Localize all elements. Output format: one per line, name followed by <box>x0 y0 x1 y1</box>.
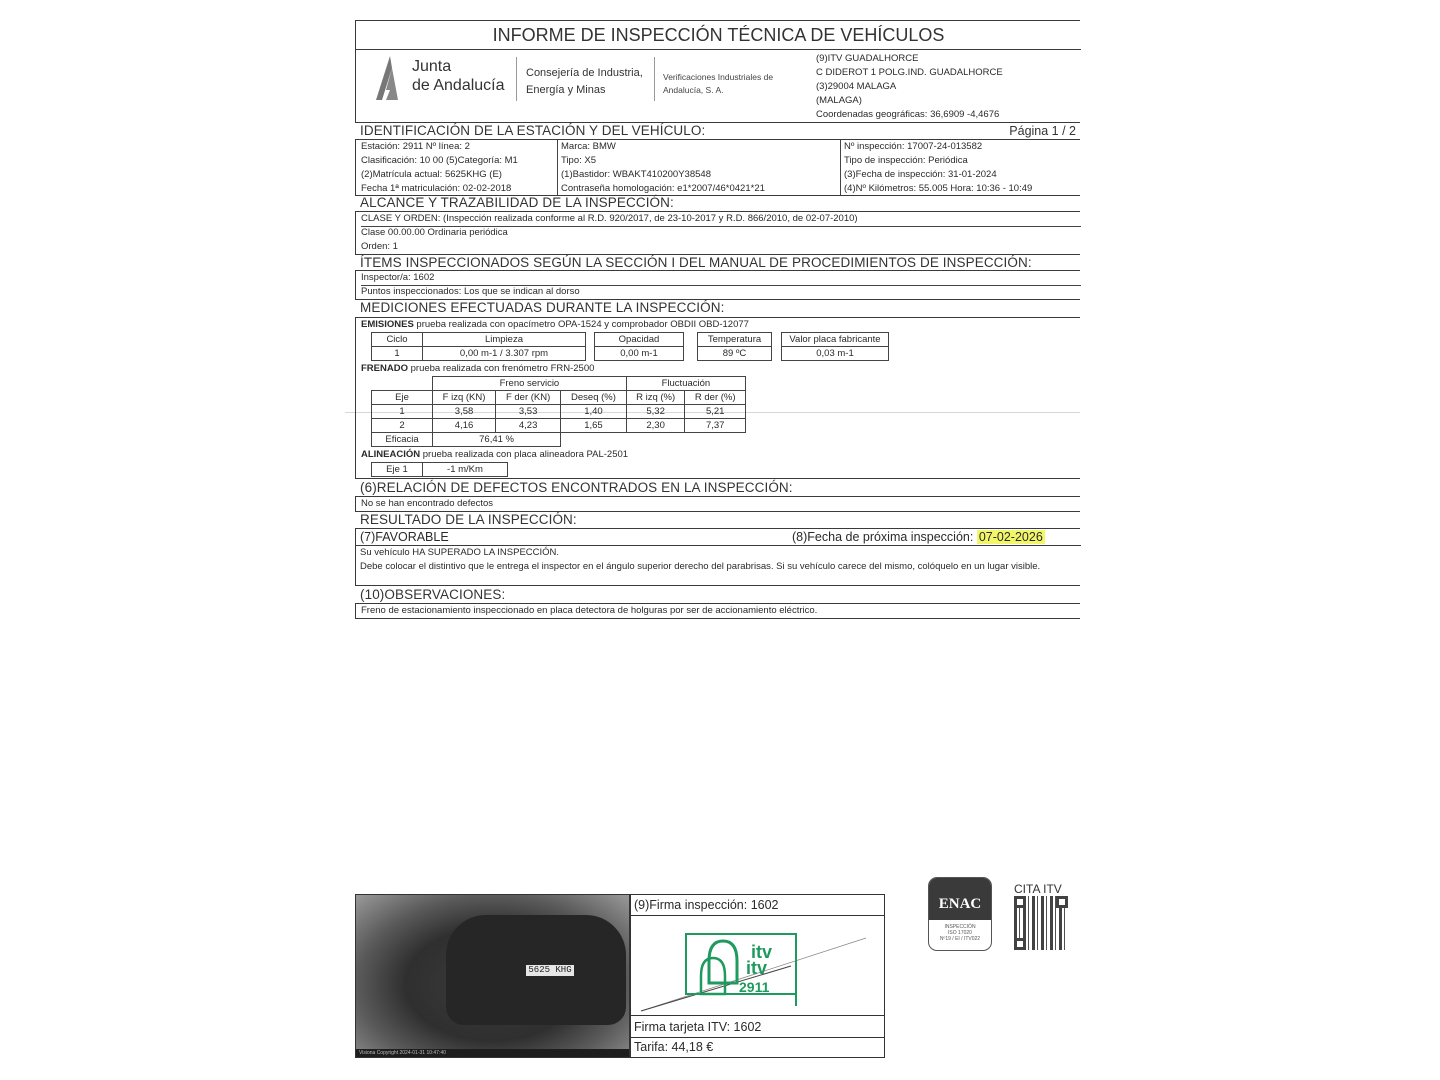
frenado-cell: 5,21 <box>685 405 746 419</box>
frenado-col-header: R izq (%) <box>626 391 685 405</box>
station-province: (MALAGA) <box>816 94 1003 108</box>
alineacion-title: ALINEACIÓN prueba realizada con placa al… <box>361 448 628 462</box>
value-opacidad: 0,00 m-1 <box>595 347 684 361</box>
result-line1: Su vehículo HA SUPERADO LA INSPECCIÓN. <box>360 546 559 560</box>
verificaciones-line1: Verificaciones Industriales de <box>663 71 773 84</box>
vehicle-photo: 5625 KHG Visiona Copyright 2024-01-31 10… <box>355 894 630 1058</box>
station-coords: Coordenadas geográficas: 36,6909 -4,4676 <box>816 108 1003 122</box>
frenado-cell: 4,23 <box>496 419 561 433</box>
frenado-cell: 3,58 <box>433 405 496 419</box>
id-line: Marca: BMW <box>561 140 841 154</box>
measurements-heading: MEDICIONES EFECTUADAS DURANTE LA INSPECC… <box>360 300 724 315</box>
consejeria-line1: Consejería de Industria, <box>526 65 643 82</box>
alineacion-valor: -1 m/Km <box>423 463 508 477</box>
emisiones-title: EMISIONES prueba realizada con opacímetr… <box>361 318 749 332</box>
frenado-col-header: R der (%) <box>685 391 746 405</box>
emisiones-opacidad-table: Opacidad 0,00 m-1 <box>594 332 684 361</box>
table-row: Eficacia 76,41 % <box>372 433 746 447</box>
scope-box: CLASE Y ORDEN: (Inspección realizada con… <box>355 211 1080 255</box>
header-limpieza: Limpieza <box>423 333 586 347</box>
eficacia-label: Eficacia <box>372 433 433 447</box>
verificaciones-line2: Andalucía, S. A. <box>663 84 773 97</box>
frenado-cell: 1,40 <box>561 405 627 419</box>
defects-box: No se han encontrado defectos <box>355 496 1080 512</box>
group-fluctuacion: Fluctuación <box>626 377 745 391</box>
station-postal: (3)29004 MALAGA <box>816 80 1003 94</box>
consejeria-line2: Energía y Minas <box>526 82 643 99</box>
frenado-label: FRENADO <box>361 363 408 374</box>
alineacion-table: Eje 1-1 m/Km <box>371 462 508 477</box>
scope-line: CLASE Y ORDEN: (Inspección realizada con… <box>361 212 1081 227</box>
frenado-col-header: F izq (KN) <box>433 391 496 405</box>
alineacion-eje: Eje 1 <box>372 463 423 477</box>
station-info: (9)ITV GUADALHORCE C DIDEROT 1 POLG.IND.… <box>816 52 1003 122</box>
identification-heading: IDENTIFICACIÓN DE LA ESTACIÓN Y DEL VEHÍ… <box>360 123 705 138</box>
frenado-cell: 3,53 <box>496 405 561 419</box>
frenado-cell: 4,16 <box>433 419 496 433</box>
logo-divider <box>516 57 517 101</box>
report-header: INFORME DE INSPECCIÓN TÉCNICA DE VEHÍCUL… <box>355 20 1080 123</box>
value-ciclo: 1 <box>372 347 423 361</box>
col-divider <box>840 140 841 195</box>
enac-badge-icon: ENAC INSPECCIÓN ISO 17020 Nº19 / EI / IT… <box>928 877 992 951</box>
id-line: Nº inspección: 17007-24-013582 <box>844 140 1084 154</box>
firma-inspeccion: (9)Firma inspección: 1602 <box>631 895 884 916</box>
page-number: Página 1 / 2 <box>1009 124 1076 138</box>
result-verdict-row: (7)FAVORABLE (8)Fecha de próxima inspecc… <box>356 529 1081 546</box>
id-line: Estación: 2911 Nº línea: 2 <box>361 140 561 154</box>
value-valor-placa: 0,03 m-1 <box>782 347 889 361</box>
frenado-desc: prueba realizada con frenómetro FRN-2500 <box>408 363 594 374</box>
alineacion-desc: prueba realizada con placa alineadora PA… <box>420 449 628 460</box>
frenado-cell: 2,30 <box>626 419 685 433</box>
result-line2: Debe colocar el distintivo que le entreg… <box>360 560 1078 574</box>
id-line: Clasificación: 10 00 (5)Categoría: M1 <box>361 154 561 168</box>
station-vehicle-col3: Nº inspección: 17007-24-013582 Tipo de i… <box>844 140 1084 196</box>
scope-line: Orden: 1 <box>361 240 398 254</box>
station-address: C DIDEROT 1 POLG.IND. GUADALHORCE <box>816 66 1003 80</box>
observations-heading: (10)OBSERVACIONES: <box>360 587 505 602</box>
frenado-cell: 7,37 <box>685 419 746 433</box>
identification-box: Estación: 2911 Nº línea: 2 Clasificación… <box>355 139 1080 196</box>
tarifa: Tarifa: 44,18 € <box>631 1038 884 1057</box>
qr-label: CITA ITV <box>1014 882 1062 896</box>
signature-box: (9)Firma inspección: 1602 itv itv 2911 F… <box>630 894 885 1058</box>
value-limpieza: 0,00 m-1 / 3.307 rpm <box>423 347 586 361</box>
id-line: (4)Nº Kilómetros: 55.005 Hora: 10:36 - 1… <box>844 182 1084 196</box>
items-box: Inspector/a: 1602 Puntos inspeccionados:… <box>355 270 1080 300</box>
svg-text:2911: 2911 <box>739 979 770 995</box>
station-vehicle-col2: Marca: BMW Tipo: X5 (1)Bastidor: WBAKT41… <box>561 140 841 196</box>
scope-heading: ALCANCE Y TRAZABILIDAD DE LA INSPECCIÓN: <box>360 195 674 210</box>
measurements-box: EMISIONES prueba realizada con opacímetr… <box>355 317 1080 479</box>
next-inspection-label: (8)Fecha de próxima inspección: <box>792 530 973 544</box>
frenado-cell: 1,65 <box>561 419 627 433</box>
frenado-col-header: Deseq (%) <box>561 391 627 405</box>
frenado-cell: 1 <box>372 405 433 419</box>
items-line: Inspector/a: 1602 <box>361 271 1081 286</box>
consejeria-divider <box>654 57 655 101</box>
items-heading: ÍTEMS INSPECCIONADOS SEGÚN LA SECCIÓN I … <box>360 255 1032 270</box>
frenado-cell: 5,32 <box>626 405 685 419</box>
id-line: (2)Matrícula actual: 5625KHG (E) <box>361 168 561 182</box>
result-verdict: (7)FAVORABLE <box>360 529 449 545</box>
firma-tarjeta: Firma tarjeta ITV: 1602 <box>631 1016 884 1038</box>
observations-box: Freno de estacionamiento inspeccionado e… <box>355 603 1080 619</box>
station-vehicle-col1: Estación: 2911 Nº línea: 2 Clasificación… <box>361 140 561 196</box>
id-line: Fecha 1ª matriculación: 02-02-2018 <box>361 182 561 196</box>
junta-logo-icon <box>372 54 402 102</box>
defects-heading: (6)RELACIÓN DE DEFECTOS ENCONTRADOS EN L… <box>360 480 793 495</box>
emisiones-limpieza-table: CicloLimpieza 10,00 m-1 / 3.307 rpm <box>371 332 586 361</box>
frenado-col-header: Eje <box>372 391 433 405</box>
svg-text:itv: itv <box>746 958 767 978</box>
header-opacidad: Opacidad <box>595 333 684 347</box>
id-line: Tipo: X5 <box>561 154 841 168</box>
logo-line1: Junta <box>412 57 505 76</box>
alineacion-label: ALINEACIÓN <box>361 449 420 460</box>
group-freno-servicio: Freno servicio <box>433 377 627 391</box>
enac-name: ENAC <box>929 878 991 920</box>
enac-details: INSPECCIÓN ISO 17020 Nº19 / EI / ITV022 <box>929 920 991 942</box>
result-heading: RESULTADO DE LA INSPECCIÓN: <box>360 512 577 527</box>
defects-text: No se han encontrado defectos <box>361 497 493 511</box>
frenado-blank <box>372 377 433 391</box>
consejeria-text: Consejería de Industria, Energía y Minas <box>526 65 643 99</box>
verificaciones-text: Verificaciones Industriales de Andalucía… <box>663 71 773 97</box>
header-ciclo: Ciclo <box>372 333 423 347</box>
id-line: Contraseña homologación: e1*2007/46*0421… <box>561 182 841 196</box>
frenado-cell: 2 <box>372 419 433 433</box>
enac-line: Nº19 / EI / ITV022 <box>929 936 991 942</box>
header-temperatura: Temperatura <box>698 333 772 347</box>
scope-line: Clase 00.00.00 Ordinaria periódica <box>361 226 508 240</box>
value-temperatura: 89 ºC <box>698 347 772 361</box>
next-inspection-date: 07-02-2026 <box>977 530 1045 544</box>
logo-line2: de Andalucía <box>412 76 505 95</box>
header-valor-placa: Valor placa fabricante <box>782 333 889 347</box>
col-divider <box>557 140 558 195</box>
items-line: Puntos inspeccionados: Los que se indica… <box>361 285 580 299</box>
license-plate: 5625 KHG <box>526 965 574 976</box>
emisiones-temperatura-table: Temperatura 89 ºC <box>697 332 772 361</box>
qr-code-icon[interactable] <box>1014 896 1068 950</box>
frenado-table: Freno servicio Fluctuación Eje F izq (KN… <box>371 376 746 447</box>
result-box: (7)FAVORABLE (8)Fecha de próxima inspecc… <box>355 528 1080 586</box>
table-row: 2 4,16 4,23 1,65 2,30 7,37 <box>372 419 746 433</box>
station-name: (9)ITV GUADALHORCE <box>816 52 1003 66</box>
junta-logo-text: Junta de Andalucía <box>412 57 505 95</box>
next-inspection: (8)Fecha de próxima inspección: 07-02-20… <box>792 529 1045 545</box>
eficacia-value: 76,41 % <box>433 433 561 447</box>
id-line: (1)Bastidor: WBAKT410200Y38548 <box>561 168 841 182</box>
itv-stamp-icon: itv itv 2911 <box>631 916 883 1014</box>
photo-caption: Visiona Copyright 2024-01-31 10:47:40 <box>356 1049 629 1057</box>
emisiones-valor-placa-table: Valor placa fabricante 0,03 m-1 <box>781 332 889 361</box>
frenado-blank <box>561 433 746 447</box>
frenado-title: FRENADO prueba realizada con frenómetro … <box>361 362 594 376</box>
id-line: (3)Fecha de inspección: 31-01-2024 <box>844 168 1084 182</box>
table-row: 1 3,58 3,53 1,40 5,32 5,21 <box>372 405 746 419</box>
emisiones-desc: prueba realizada con opacímetro OPA-1524… <box>414 319 749 330</box>
observations-text: Freno de estacionamiento inspeccionado e… <box>361 604 817 618</box>
frenado-col-header: F der (KN) <box>496 391 561 405</box>
stamp-area: itv itv 2911 <box>631 916 884 1016</box>
emisiones-label: EMISIONES <box>361 319 414 330</box>
report-title: INFORME DE INSPECCIÓN TÉCNICA DE VEHÍCUL… <box>356 21 1081 50</box>
id-line: Tipo de inspección: Periódica <box>844 154 1084 168</box>
